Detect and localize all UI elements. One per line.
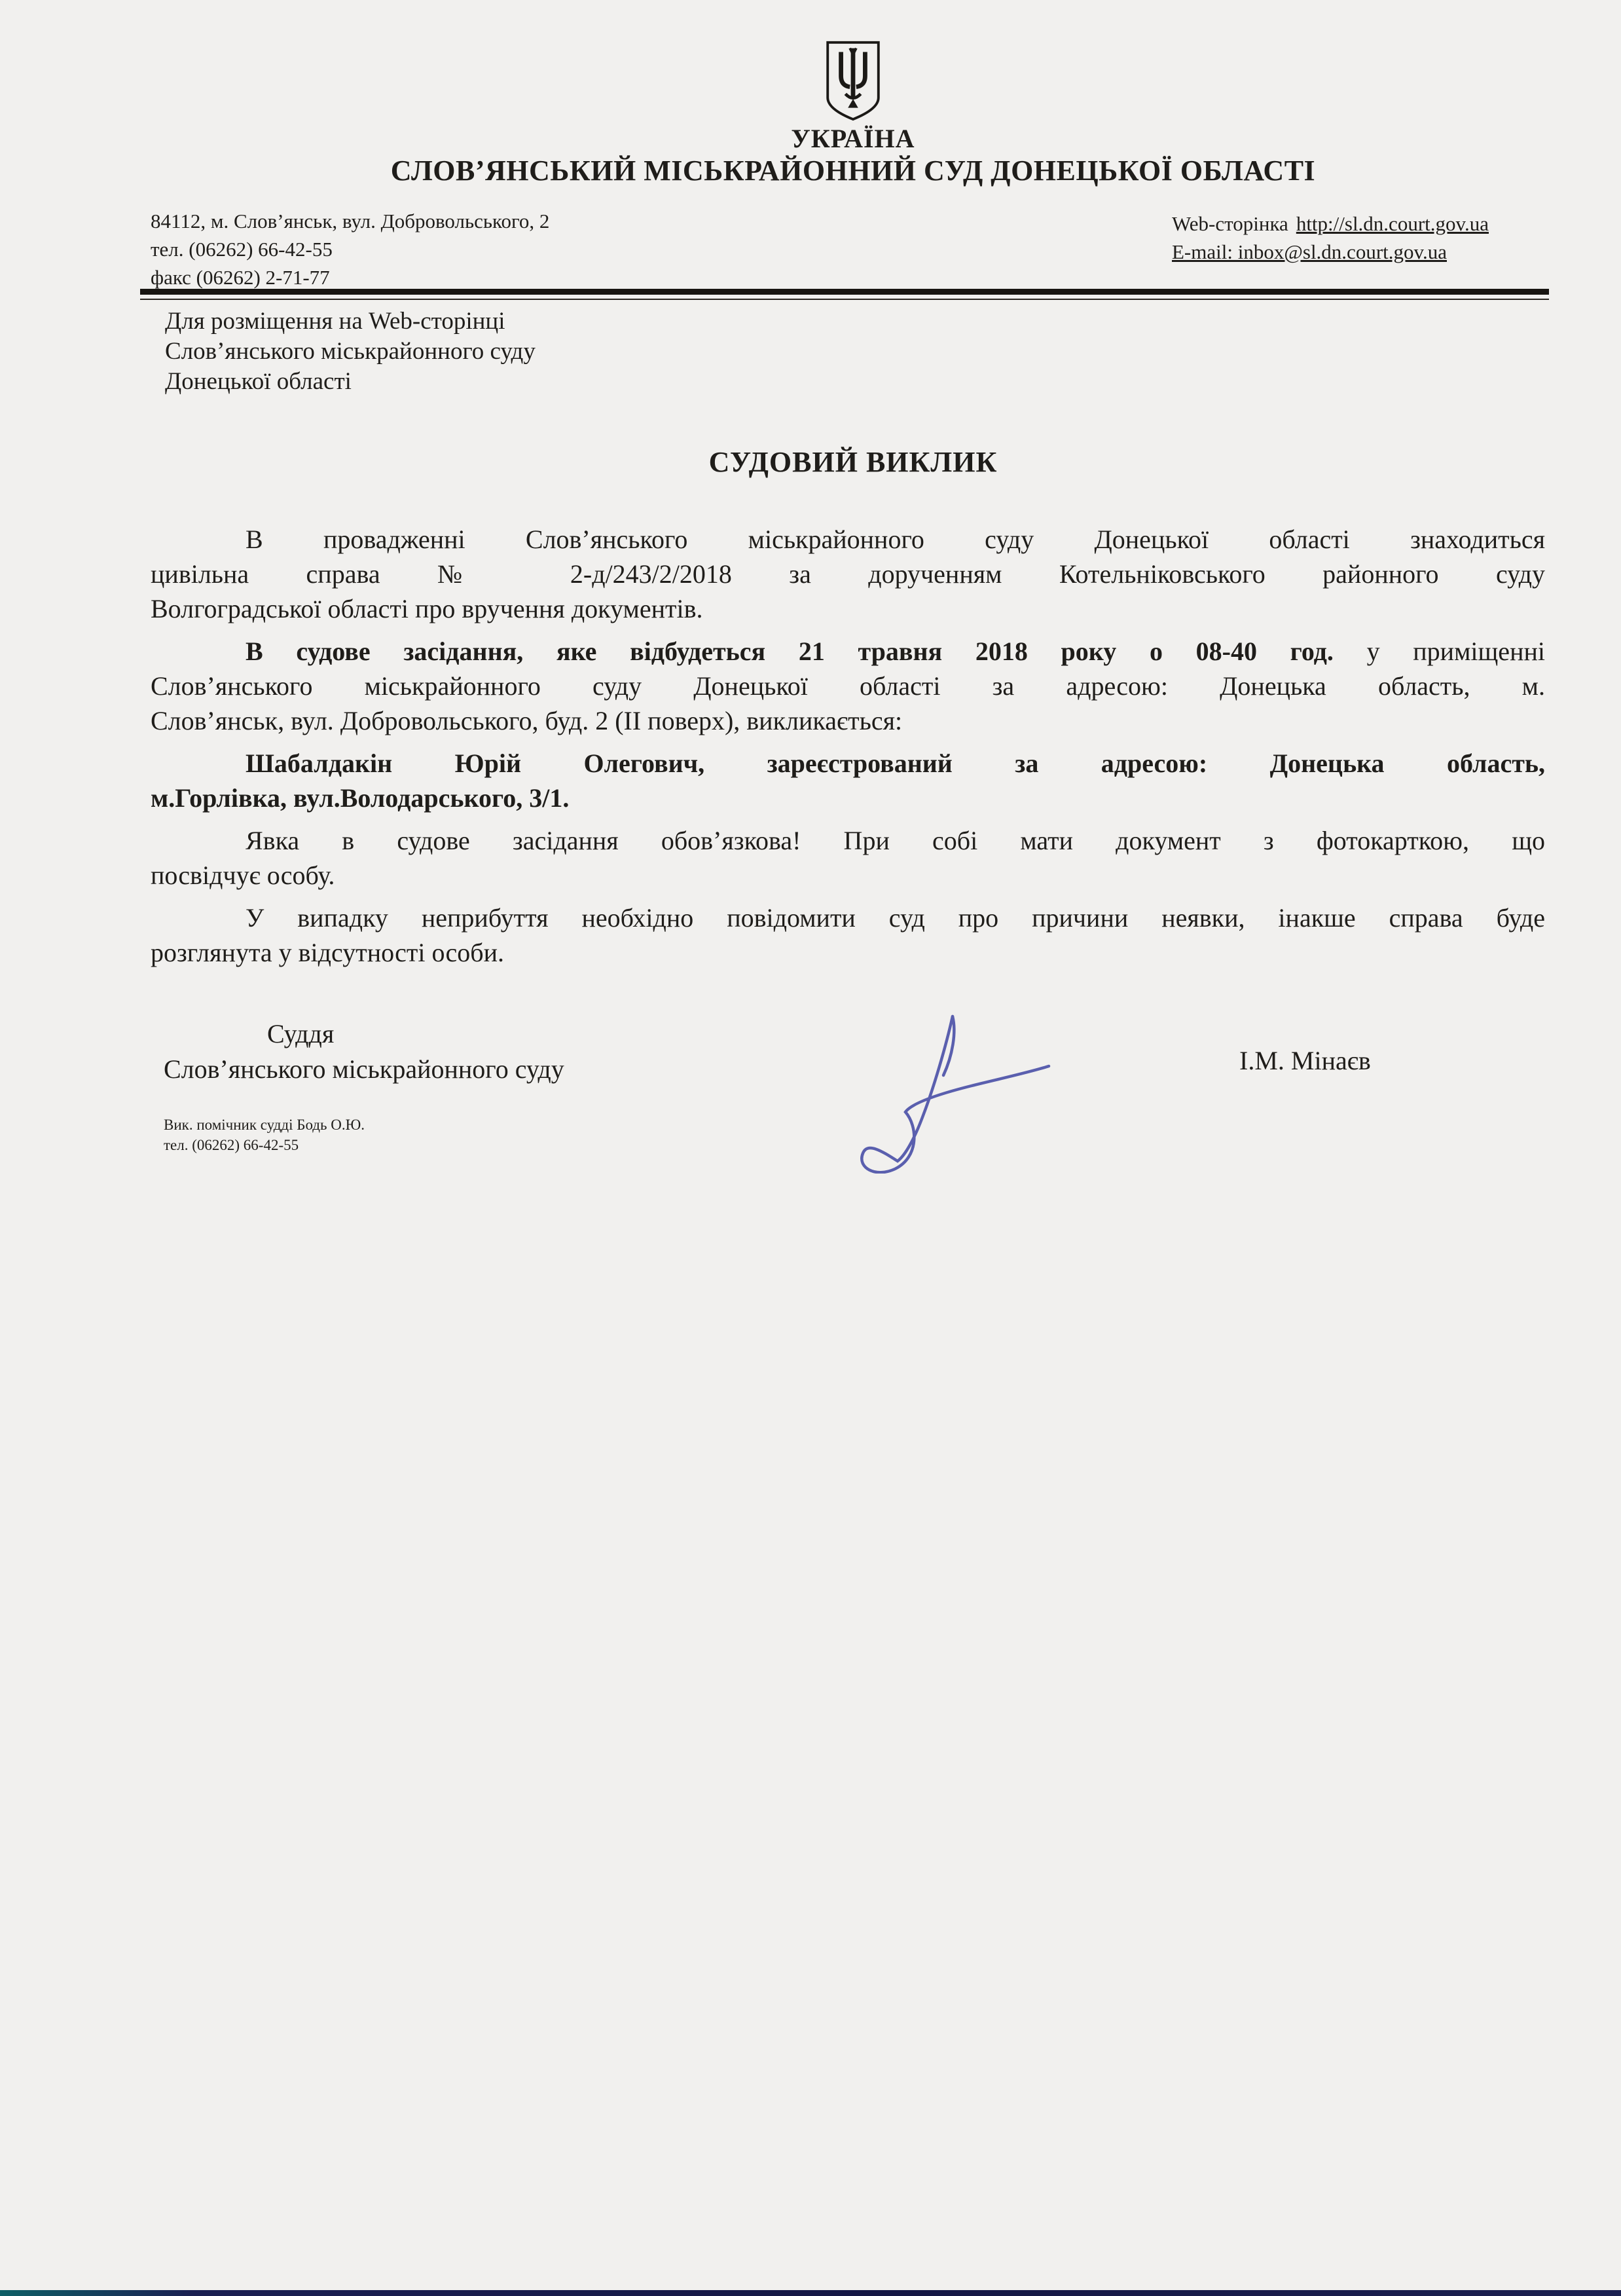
- body-text-bold: м.Горлівка, вул.Володарського, 3/1.: [151, 783, 569, 813]
- header-separator-thin-rule: [140, 299, 1549, 300]
- body-text: Явка в судове засідання обов’язкова! При…: [246, 826, 1545, 855]
- web-line: Web-сторінкаhttp://sl.dn.court.gov.ua: [1172, 210, 1489, 238]
- body-text: розглянута у відсутності особи.: [151, 938, 504, 967]
- court-address-block: 84112, м. Слов’янськ, вул. Добровольсько…: [151, 207, 549, 291]
- document-title: СУДОВИЙ ВИКЛИК: [85, 445, 1621, 479]
- body-line: В судове засідання, яке відбудеться 21 т…: [151, 634, 1545, 669]
- web-note-line: Слов’янського міськрайонного суду: [165, 337, 536, 367]
- body-paragraph: Шабалдакін Юрій Олегович, зареєстрований…: [151, 746, 1545, 815]
- body-line: м.Горлівка, вул.Володарського, 3/1.: [151, 781, 1545, 815]
- body-paragraph: В провадженні Слов’янського міськрайонно…: [151, 522, 1545, 626]
- clerk-line: тел. (06262) 66-42-55: [164, 1135, 365, 1155]
- country-name: УКРАЇНА: [85, 124, 1621, 153]
- judge-name: І.М. Мінаєв: [1239, 1045, 1371, 1076]
- web-posting-note: Для розміщення на Web-сторінці Слов’янсь…: [165, 306, 536, 397]
- body-paragraph: В судове засідання, яке відбудеться 21 т…: [151, 634, 1545, 738]
- body-line: Слов’янського міськрайонного суду Донець…: [151, 669, 1545, 703]
- clerk-note-block: Вик. помічник судді Бодь О.Ю. тел. (0626…: [164, 1115, 365, 1155]
- clerk-line: Вик. помічник судді Бодь О.Ю.: [164, 1115, 365, 1135]
- court-name: СЛОВ’ЯНСЬКИЙ МІСЬКРАЙОННИЙ СУД ДОНЕЦЬКОЇ…: [85, 155, 1621, 187]
- judge-role-line: Суддя: [164, 1016, 564, 1052]
- body-text: Волгоградської області про вручення доку…: [151, 594, 702, 623]
- web-label: Web-сторінка: [1172, 212, 1288, 235]
- body-text: цивільна справа № 2-д/243/2/2018 за дору…: [151, 559, 1545, 589]
- body-line: цивільна справа № 2-д/243/2/2018 за дору…: [151, 557, 1545, 591]
- body-line: У випадку неприбуття необхідно повідомит…: [151, 900, 1545, 935]
- body-text-bold: В судове засідання, яке відбудеться 21 т…: [246, 637, 1334, 666]
- body-line: розглянута у відсутності особи.: [151, 935, 1545, 970]
- body-text: у приміщенні: [1334, 637, 1545, 666]
- body-text: Слов’янського міськрайонного суду Донець…: [151, 671, 1545, 701]
- address-line: 84112, м. Слов’янськ, вул. Добровольсько…: [151, 207, 549, 235]
- body-text: У випадку неприбуття необхідно повідомит…: [246, 903, 1545, 933]
- body-paragraphs: В провадженні Слов’янського міськрайонно…: [151, 522, 1545, 978]
- body-paragraph: У випадку неприбуття необхідно повідомит…: [151, 900, 1545, 970]
- web-note-line: Для розміщення на Web-сторінці: [165, 306, 536, 337]
- web-url: http://sl.dn.court.gov.ua: [1296, 212, 1489, 235]
- body-text: В провадженні Слов’янського міськрайонно…: [246, 525, 1545, 554]
- body-line: Волгоградської області про вручення доку…: [151, 591, 1545, 626]
- body-line: Шабалдакін Юрій Олегович, зареєстрований…: [151, 746, 1545, 781]
- body-text: Слов’янськ, вул. Добровольського, буд. 2…: [151, 706, 902, 735]
- judge-role-block: Суддя Слов’янського міськрайонного суду: [164, 1016, 564, 1087]
- body-paragraph: Явка в судове засідання обов’язкова! При…: [151, 823, 1545, 893]
- email-line: E-mail: inbox@sl.dn.court.gov.ua: [1172, 238, 1489, 266]
- handwritten-signature-icon: [805, 997, 1080, 1174]
- body-text-bold: Шабалдакін Юрій Олегович, зареєстрований…: [246, 749, 1545, 778]
- scanner-edge-artifact: [0, 2290, 1621, 2296]
- body-line: Слов’янськ, вул. Добровольського, буд. 2…: [151, 703, 1545, 738]
- document-header: УКРАЇНА СЛОВ’ЯНСЬКИЙ МІСЬКРАЙОННИЙ СУД Д…: [85, 39, 1621, 187]
- body-line: Явка в судове засідання обов’язкова! При…: [151, 823, 1545, 858]
- header-separator-thick-rule: [140, 289, 1549, 295]
- body-line: посвідчує особу.: [151, 858, 1545, 893]
- body-line: В провадженні Слов’янського міськрайонно…: [151, 522, 1545, 557]
- judge-role-line: Слов’янського міськрайонного суду: [164, 1052, 564, 1087]
- web-note-line: Донецької області: [165, 367, 536, 397]
- phone-line: тел. (06262) 66-42-55: [151, 235, 549, 263]
- court-web-contact-block: Web-сторінкаhttp://sl.dn.court.gov.ua E-…: [1172, 210, 1489, 266]
- ukraine-trident-emblem-icon: [824, 39, 882, 122]
- fax-line: факс (06262) 2-71-77: [151, 263, 549, 291]
- body-text: посвідчує особу.: [151, 861, 335, 890]
- scanned-court-summons-page: УКРАЇНА СЛОВ’ЯНСЬКИЙ МІСЬКРАЙОННИЙ СУД Д…: [0, 0, 1621, 2296]
